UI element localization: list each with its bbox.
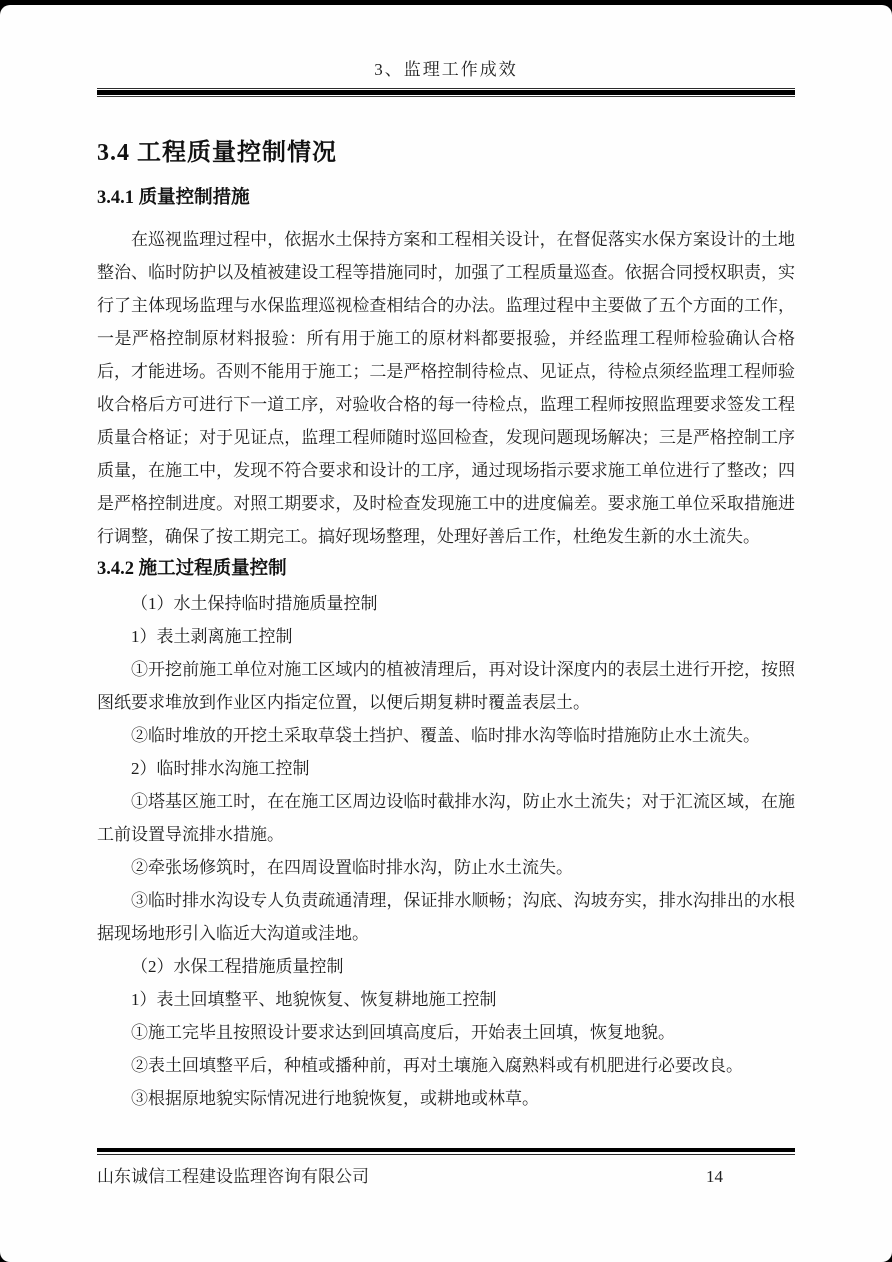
header-rule-divider <box>97 88 795 97</box>
section-title: 3.4 工程质量控制情况 <box>97 137 795 169</box>
footer-row: 山东诚信工程建设监理咨询有限公司 14 <box>97 1165 795 1189</box>
list-item: ①开挖前施工单位对施工区域内的植被清理后，再对设计深度内的表层土进行开挖，按照图… <box>97 653 795 719</box>
process-control-list: （1）水土保持临时措施质量控制 1）表土剥离施工控制 ①开挖前施工单位对施工区域… <box>97 587 795 1115</box>
list-item: ③根据原地貌实际情况进行地貌恢复，或耕地或林草。 <box>97 1082 795 1115</box>
list-item: ①施工完毕且按照设计要求达到回填高度后，开始表土回填，恢复地貌。 <box>97 1016 795 1049</box>
list-item: 1）表土回填整平、地貌恢复、恢复耕地施工控制 <box>97 983 795 1016</box>
document-body: 3.4 工程质量控制情况 3.4.1 质量控制措施 在巡视监理过程中，依据水土保… <box>97 137 795 1115</box>
footer-rule-divider <box>97 1148 795 1156</box>
paragraph-quality-measures: 在巡视监理过程中，依据水土保持方案和工程相关设计，在督促落实水保方案设计的土地整… <box>97 223 795 553</box>
list-item: ②临时堆放的开挖土采取草袋土挡护、覆盖、临时排水沟等临时措施防止水土流失。 <box>97 719 795 752</box>
list-item: ②表土回填整平后，种植或播种前，再对土壤施入腐熟料或有机肥进行必要改良。 <box>97 1049 795 1082</box>
page-footer: 山东诚信工程建设监理咨询有限公司 14 <box>97 1148 795 1189</box>
list-item: ①塔基区施工时，在在施工区周边设临时截排水沟，防止水土流失；对于汇流区域，在施工… <box>97 785 795 851</box>
list-item: （2）水保工程措施质量控制 <box>97 950 795 983</box>
subsection-heading-process-control: 3.4.2 施工过程质量控制 <box>97 556 795 582</box>
header-title: 3、监理工作成效 <box>97 59 795 81</box>
list-item: （1）水土保持临时措施质量控制 <box>97 587 795 620</box>
document-page-background: { "header": { "title": "3、监理工作成效" }, "do… <box>0 0 892 1262</box>
page-number: 14 <box>706 1165 723 1189</box>
list-item: ③临时排水沟设专人负责疏通清理，保证排水顺畅；沟底、沟坡夯实，排水沟排出的水根据… <box>97 884 795 950</box>
subsection-heading-quality-measures: 3.4.1 质量控制措施 <box>97 185 795 211</box>
footer-company-name: 山东诚信工程建设监理咨询有限公司 <box>97 1165 369 1189</box>
list-item: ②牵张场修筑时，在四周设置临时排水沟，防止水土流失。 <box>97 851 795 884</box>
list-item: 1）表土剥离施工控制 <box>97 620 795 653</box>
list-item: 2）临时排水沟施工控制 <box>97 752 795 785</box>
page-header: 3、监理工作成效 <box>97 59 795 97</box>
document-page: 3、监理工作成效 3.4 工程质量控制情况 3.4.1 质量控制措施 在巡视监理… <box>0 5 892 1262</box>
